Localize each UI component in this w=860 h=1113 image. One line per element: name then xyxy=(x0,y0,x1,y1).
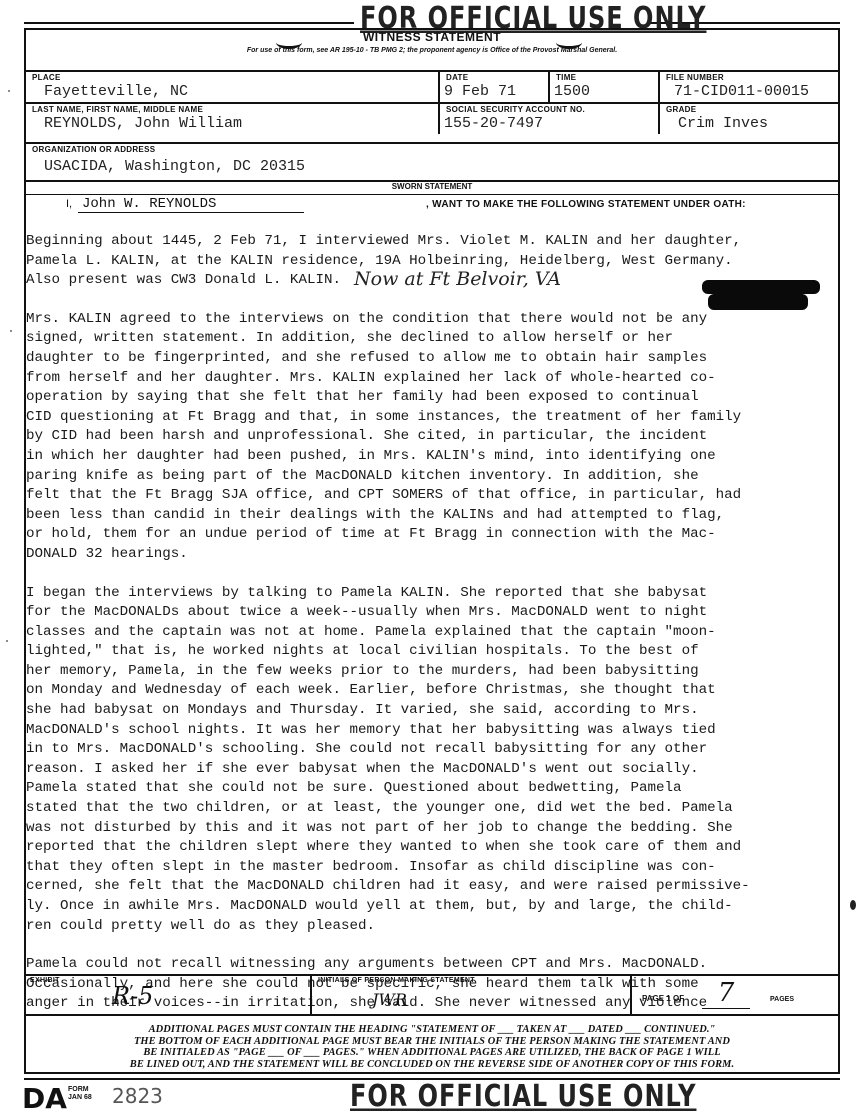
form-date-text: JAN 68 xyxy=(68,1094,92,1102)
additional-pages-instructions: ADDITIONAL PAGES MUST CONTAIN THE HEADIN… xyxy=(24,1024,840,1070)
header-rule-left xyxy=(24,22,354,24)
classification-stamp-bottom: FOR OFFICIAL USE ONLY xyxy=(350,1079,696,1113)
form-prefix: DA xyxy=(22,1082,67,1113)
exhibit-value: R-5 xyxy=(112,982,153,1010)
page-total: 7 xyxy=(702,978,750,1009)
form-footer-frame: EXHIBIT R-5 INITIALS OF PERSON MAKING ST… xyxy=(24,28,840,1074)
exhibit-label: EXHIBIT xyxy=(30,977,60,984)
page-label: PAGE 1 OF xyxy=(642,994,684,1003)
pages-label: PAGES xyxy=(770,996,794,1003)
initials-label: INITIALS OF PERSON MAKING STATEMENT xyxy=(318,977,475,984)
initials-cell: INITIALS OF PERSON MAKING STATEMENT JWR xyxy=(310,976,630,1014)
footer-row: EXHIBIT R-5 INITIALS OF PERSON MAKING ST… xyxy=(24,974,840,1016)
initials-value: JWR xyxy=(372,990,407,1009)
form-label: FORM JAN 68 xyxy=(68,1086,92,1102)
exhibit-cell: EXHIBIT R-5 xyxy=(24,976,310,1014)
scan-speck xyxy=(10,330,12,332)
scan-speck xyxy=(8,90,10,92)
form-number: 2823 xyxy=(112,1084,163,1108)
page-count-cell: PAGE 1 OF 7 PAGES xyxy=(630,976,840,1014)
scan-speck xyxy=(6,640,8,642)
scan-speck xyxy=(850,900,856,910)
form-label-text: FORM xyxy=(68,1086,92,1094)
